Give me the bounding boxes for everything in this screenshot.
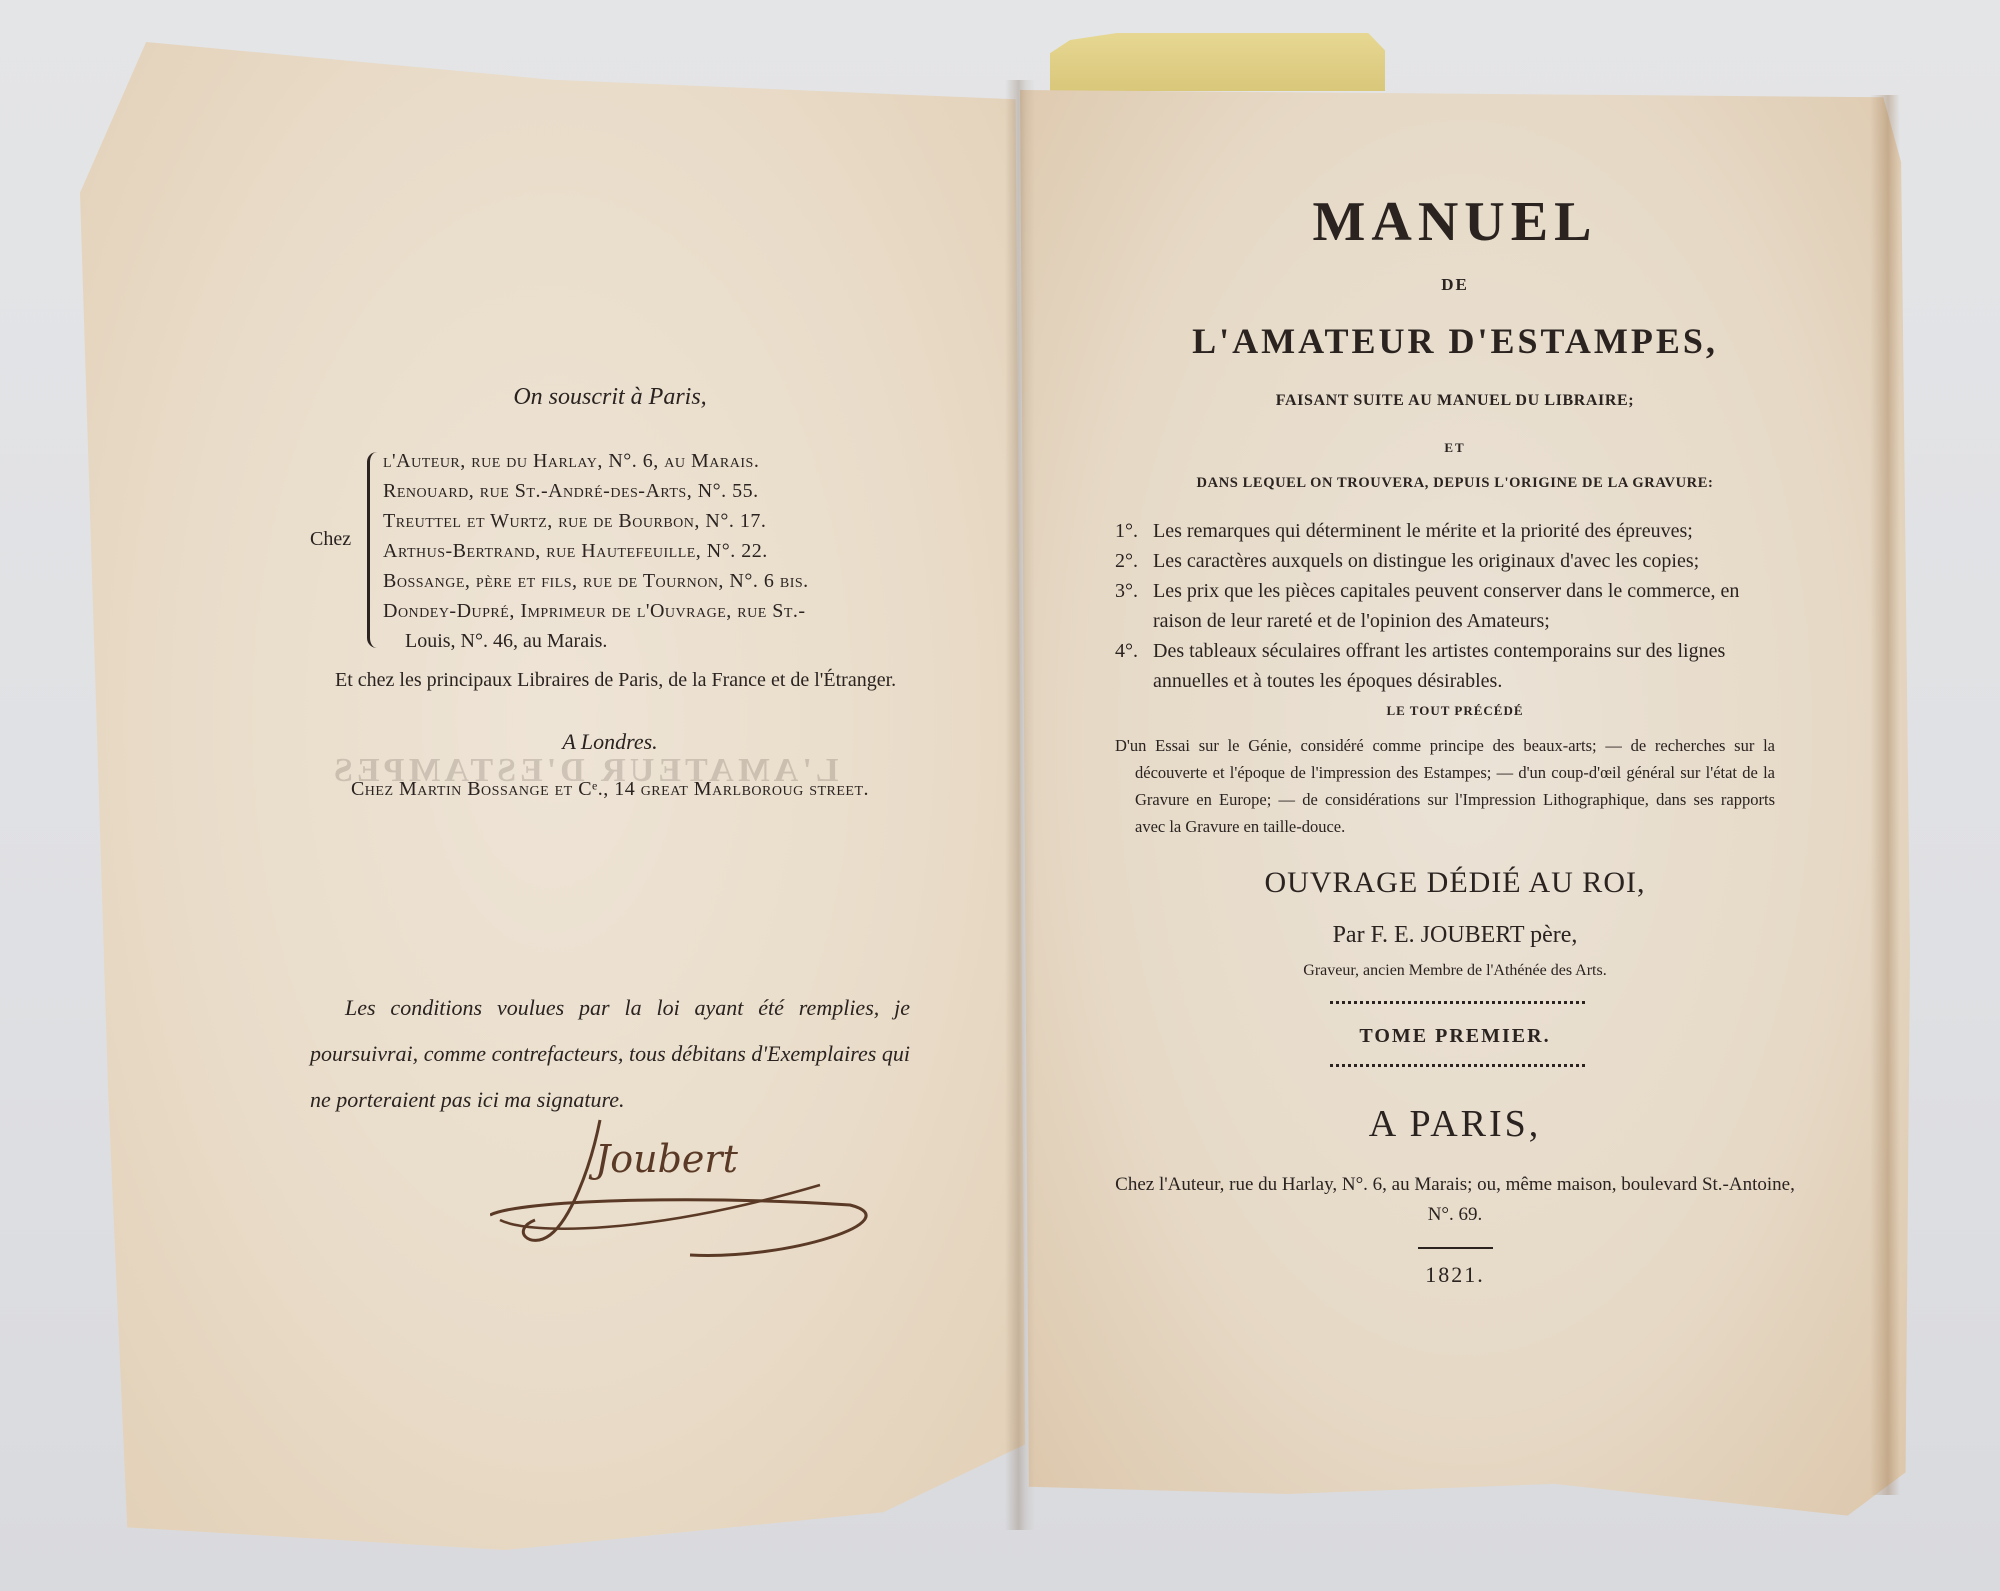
seller-line: Arthus-Bertrand, rue Hautefeuille, N°. 2… xyxy=(383,536,943,566)
dedication: OUVRAGE DÉDIÉ AU ROI, xyxy=(1115,866,1795,900)
contents-item: 2°.Les caractères auxquels on distingue … xyxy=(1115,546,1785,576)
book-subtitle: L'AMATEUR D'ESTAMPES, xyxy=(1115,320,1795,362)
imprint-city: A PARIS, xyxy=(1115,1102,1795,1146)
seller-line: Renouard, rue St.-André-des-Arts, N°. 55… xyxy=(383,476,943,506)
author-line: Par F. E. JOUBERT père, xyxy=(1115,922,1795,949)
dans-lequel: DANS LEQUEL ON TROUVERA, DEPUIS L'ORIGIN… xyxy=(1115,475,1795,492)
author-title: Graveur, ancien Membre de l'Athénée des … xyxy=(1115,962,1795,980)
seller-line: Bossange, père et fils, rue de Tournon, … xyxy=(383,566,943,596)
chez-label: Chez xyxy=(310,528,351,551)
title-de: DE xyxy=(1115,275,1795,295)
contents-item: 4°.Des tableaux séculaires offrant les a… xyxy=(1115,636,1785,696)
le-tout-precede: LE TOUT PRÉCÉDÉ xyxy=(1115,703,1795,719)
signature: Joubert xyxy=(490,1110,890,1260)
londres-heading: A Londres. xyxy=(310,727,910,756)
essai-paragraph: D'un Essai sur le Génie, considéré comme… xyxy=(1115,732,1775,840)
short-rule xyxy=(1418,1247,1493,1249)
signature-text: Joubert xyxy=(588,1137,739,1181)
signature-icon: Joubert xyxy=(490,1110,890,1260)
conditions-notice: Les conditions voulues par la loi ayant … xyxy=(310,985,910,1123)
volume-label: TOME PREMIER. xyxy=(1115,1025,1795,1048)
page-edge-stain xyxy=(1870,95,1900,1495)
subscription-heading: On souscrit à Paris, xyxy=(310,383,910,412)
book-gutter xyxy=(1005,80,1035,1530)
seller-line: Louis, N°. 46, au Marais. xyxy=(383,626,943,656)
londres-seller: Chez Martin Bossange et Cᵉ., 14 great Ma… xyxy=(310,775,910,804)
ornamental-rule xyxy=(1330,1001,1585,1008)
seller-line: Dondey-Dupré, Imprimeur de l'Ouvrage, ru… xyxy=(383,596,943,626)
publication-year: 1821. xyxy=(1115,1262,1795,1288)
faisant-suite: FAISANT SUITE AU MANUEL DU LIBRAIRE; xyxy=(1115,392,1795,410)
ornamental-rule xyxy=(1330,1064,1585,1071)
et-line: ET xyxy=(1115,440,1795,456)
seller-line: l'Auteur, rue du Harlay, N°. 6, au Marai… xyxy=(383,446,943,476)
book-title: MANUEL xyxy=(1115,192,1795,252)
contents-item: 1°.Les remarques qui déterminent le méri… xyxy=(1115,516,1785,546)
principaux-libraires: Et chez les principaux Libraires de Pari… xyxy=(310,666,910,695)
contents-item: 3°.Les prix que les pièces capitales peu… xyxy=(1115,576,1785,636)
contents-list: 1°.Les remarques qui déterminent le méri… xyxy=(1115,516,1785,696)
seller-line: Treuttel et Wurtz, rue de Bourbon, N°. 1… xyxy=(383,506,943,536)
bookmark-tab xyxy=(1050,33,1385,91)
publisher-address: Chez l'Auteur, rue du Harlay, N°. 6, au … xyxy=(1105,1170,1805,1230)
brace-icon xyxy=(367,452,384,648)
